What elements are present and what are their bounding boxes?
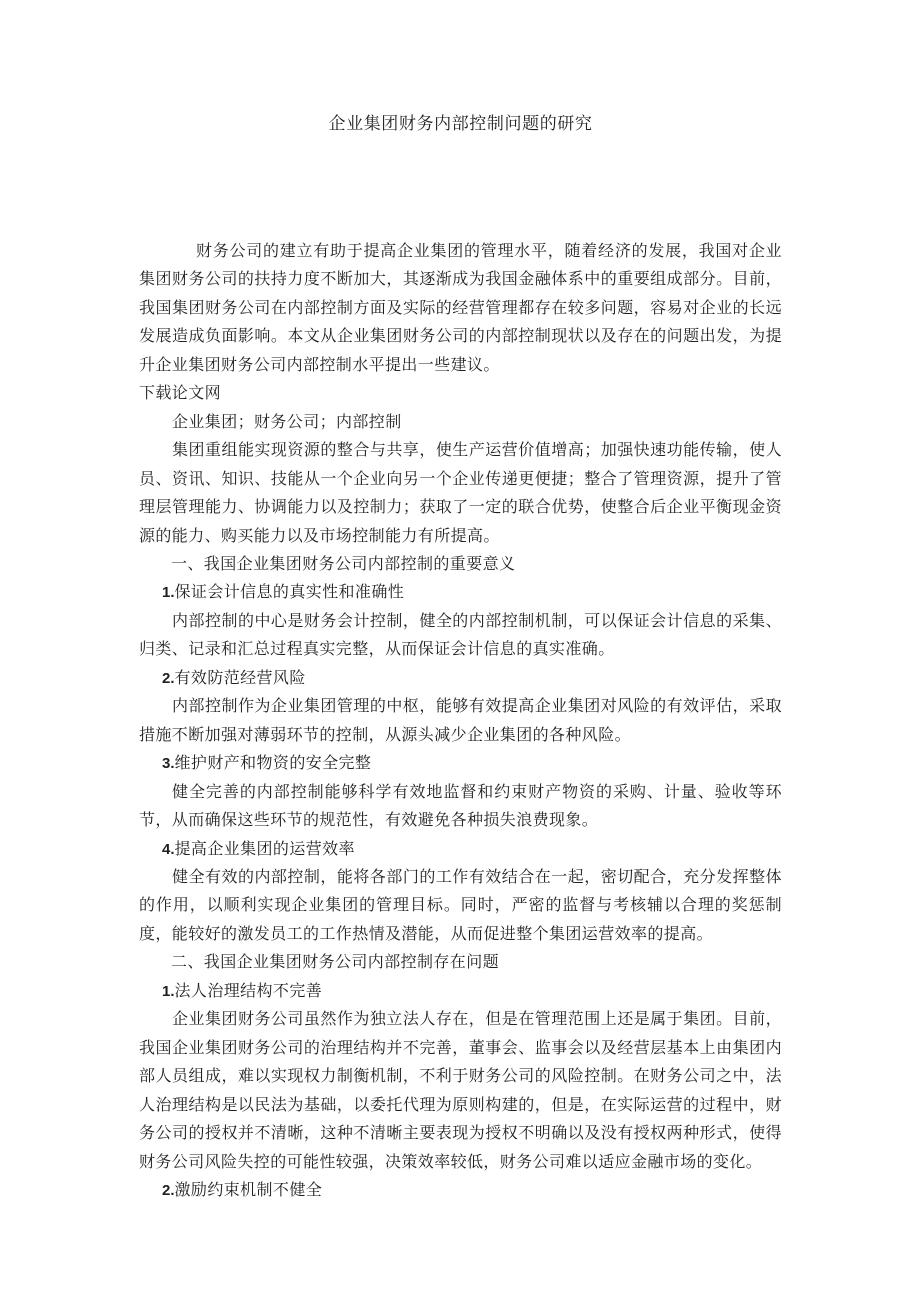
document-page: 企业集团财务内部控制问题的研究 财务公司的建立有助于提高企业集团的管理水平，随着… xyxy=(0,0,920,1302)
section-heading: 一、我国企业集团财务公司内部控制的重要意义 xyxy=(139,551,782,579)
sub-heading: 3.维护财产和物资的安全完整 xyxy=(139,750,782,778)
section-heading: 二、我国企业集团财务公司内部控制存在问题 xyxy=(139,949,782,977)
paragraph: 财务公司的建立有助于提高企业集团的管理水平，随着经济的发展，我国对企业集团财务公… xyxy=(139,238,782,380)
paragraph: 企业集团财务公司虽然作为独立法人存在，但是在管理范围上还是属于集团。目前，我国企… xyxy=(139,1006,782,1177)
sub-heading: 2.有效防范经营风险 xyxy=(139,665,782,693)
paragraph: 健全完善的内部控制能够科学有效地监督和约束财产物资的采购、计量、验收等环节，从而… xyxy=(139,779,782,836)
document-body: 财务公司的建立有助于提高企业集团的管理水平，随着经济的发展，我国对企业集团财务公… xyxy=(139,238,782,1205)
heading-number: 1. xyxy=(162,584,175,601)
paragraph: 集团重组能实现资源的整合与共享，使生产运营价值增高；加强快速功能传输，使人员、资… xyxy=(139,437,782,551)
heading-number: 4. xyxy=(162,841,175,858)
sub-heading: 4.提高企业集团的运营效率 xyxy=(139,836,782,864)
heading-number: 3. xyxy=(162,755,175,772)
paragraph: 下载论文网 xyxy=(139,380,782,408)
paragraph: 内部控制作为企业集团管理的中枢，能够有效提高企业集团对风险的有效评估，采取措施不… xyxy=(139,693,782,750)
heading-number: 2. xyxy=(162,670,175,687)
sub-heading: 1.保证会计信息的真实性和准确性 xyxy=(139,579,782,607)
heading-number: 1. xyxy=(162,983,175,1000)
paragraph: 健全有效的内部控制，能将各部门的工作有效结合在一起，密切配合，充分发挥整体的作用… xyxy=(139,864,782,949)
paragraph: 企业集团；财务公司；内部控制 xyxy=(139,409,782,437)
document-title: 企业集团财务内部控制问题的研究 xyxy=(139,111,782,137)
sub-heading: 2.激励约束机制不健全 xyxy=(139,1177,782,1205)
sub-heading: 1.法人治理结构不完善 xyxy=(139,978,782,1006)
heading-number: 2. xyxy=(162,1182,175,1199)
paragraph: 内部控制的中心是财务会计控制，健全的内部控制机制，可以保证会计信息的采集、归类、… xyxy=(139,608,782,665)
